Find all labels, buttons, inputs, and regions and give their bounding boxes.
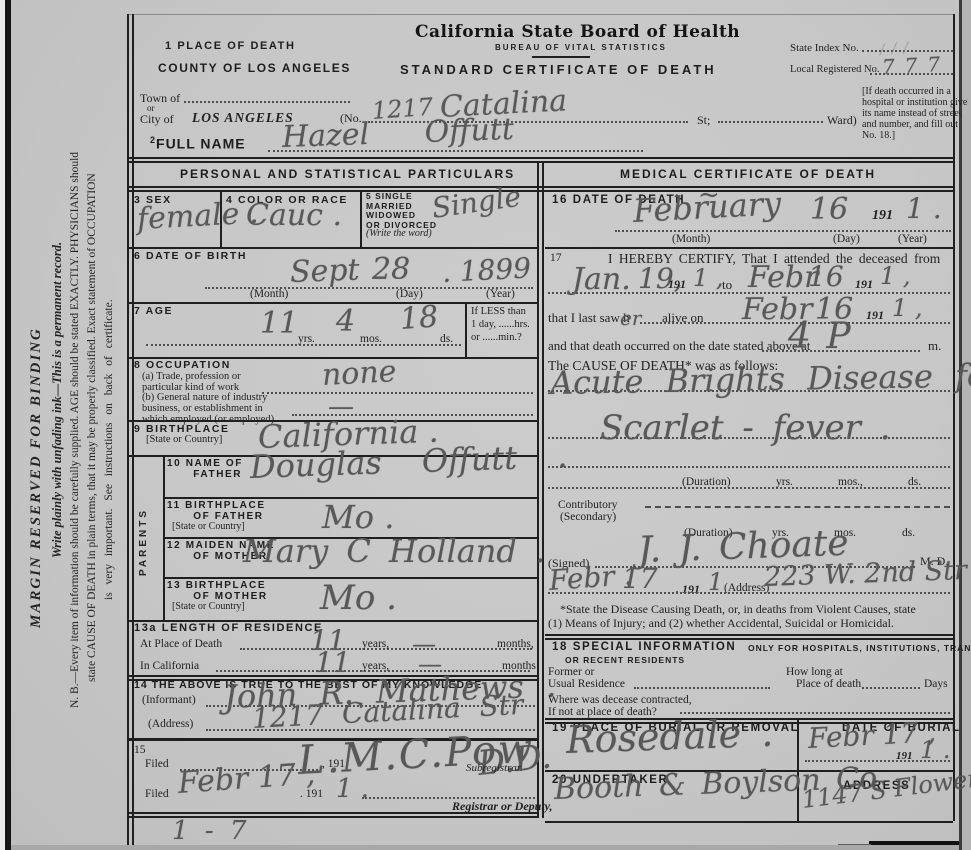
age-ds-caption: ds. xyxy=(440,333,453,345)
residence-label: 13a LENGTH OF RESIDENCE xyxy=(134,622,323,634)
last-saw-label: that I last saw h xyxy=(548,310,630,326)
bureau-label: BUREAU OF VITAL STATISTICS xyxy=(495,43,667,52)
mother-birthplace-label: 13 BIRTHPLACE OF MOTHER xyxy=(167,580,268,602)
margin-note-3: is very important. See instructions on b… xyxy=(103,105,121,795)
mother-birthplace-note: [State or Country] xyxy=(172,601,245,612)
dod-day-caption: (Day) xyxy=(833,233,860,245)
st-label: St; xyxy=(697,113,710,128)
burial-year-hw: 1 . xyxy=(920,736,951,764)
parents-label: PARENTS xyxy=(138,492,158,592)
dob-day-value: 28 xyxy=(372,252,410,287)
row-rule xyxy=(545,247,953,249)
form-top-rule xyxy=(127,14,955,15)
special-info-note-1: ONLY FOR HOSPITALS, INSTITUTIONS, TRANSI… xyxy=(748,643,971,653)
father-birthplace-value: Mo . xyxy=(322,498,394,536)
age-yrs-caption: yrs. xyxy=(298,333,315,345)
duration-ds-caption: ds. xyxy=(908,476,921,488)
age-days-value: 18 xyxy=(399,299,440,337)
hospital-note: [If death occurred in a hospital or inst… xyxy=(862,86,967,141)
dod-year-printed: 191 xyxy=(872,208,893,224)
signed-year-printed: . 191 xyxy=(676,582,700,597)
header-bottom-rule xyxy=(127,157,955,163)
dob-month-value: Sept xyxy=(289,253,360,290)
full-name-label: 2FULL NAME xyxy=(150,135,246,152)
margin-permanent-text: Write plainly with unfading ink—This is … xyxy=(50,150,70,650)
age-note: If LESS than 1 day, ......hrs. or ......… xyxy=(471,305,530,344)
death-certificate-page: MARGIN RESERVED FOR BINDING Write plainl… xyxy=(0,0,971,850)
item-15-label: 15 xyxy=(134,744,146,756)
father-name-label: 10 NAME OF FATHER xyxy=(167,458,243,480)
city-of-label: City of xyxy=(140,112,174,127)
margin-note-2: state CAUSE OF DEATH in plain terms, tha… xyxy=(86,50,104,805)
saw-year-hw: 1 , xyxy=(892,294,923,322)
sex-value: female . xyxy=(136,196,259,237)
bottom-rule xyxy=(545,821,953,823)
how-long-label: How long at xyxy=(786,666,843,678)
to-year-hw: 1 , xyxy=(880,262,911,290)
occupation-label: 8 OCCUPATION xyxy=(134,359,231,371)
age-years-value: 11 xyxy=(260,306,298,341)
m-label: m. xyxy=(928,338,941,354)
father-birthplace-label: 11 BIRTHPLACE OF FATHER xyxy=(167,500,266,522)
contributory-label: Contributory xyxy=(558,499,617,511)
ward-line xyxy=(718,121,823,123)
city-value: LOS ANGELES xyxy=(192,110,294,126)
signed-date-line xyxy=(548,592,950,594)
age-mos-caption: mos. xyxy=(360,333,382,345)
margin-binding-text: MARGIN RESERVED FOR BINDING xyxy=(28,320,52,635)
how-long-line xyxy=(862,687,920,689)
duration-2-ds-caption: ds. xyxy=(902,527,915,539)
filed-1-label: Filed xyxy=(145,758,169,770)
informant-label: (Informant) xyxy=(142,694,196,706)
cell-divider xyxy=(360,191,362,247)
filed-2-year: . 191 xyxy=(300,788,323,800)
dod-month-caption: (Month) xyxy=(672,233,710,245)
local-registered-label: Local Registered No. xyxy=(790,64,880,75)
place-of-death-duration-label: Place of death xyxy=(796,678,861,690)
full-name-text: FULL NAME xyxy=(156,136,246,152)
occupation-a-value: none xyxy=(321,354,397,393)
dob-month-caption: (Month) xyxy=(250,288,288,300)
duration-mos-caption: mos., xyxy=(838,476,863,488)
column-divider xyxy=(537,163,544,818)
from-year-hw: 1 , xyxy=(693,264,724,292)
from-year-printed: 191 xyxy=(668,277,686,292)
state-index-label: State Index No. xyxy=(790,42,859,54)
footnote-line-1: *State the Disease Causing Death, or, in… xyxy=(560,602,916,617)
father-birthplace-note: [State or Country] xyxy=(172,521,245,532)
at-place-months-caption: months, xyxy=(497,638,534,650)
time-of-death-value: 4 P xyxy=(788,316,851,357)
days-label: Days xyxy=(924,678,948,690)
local-registered-value: 777 xyxy=(881,51,950,79)
occupation-a-label: (a) Trade, profession or particular kind… xyxy=(142,371,241,393)
dob-year-caption: (Year) xyxy=(486,288,515,300)
mother-birthplace-value: Mo . xyxy=(320,578,397,618)
page-mark-value: 1 - 7 xyxy=(172,816,250,846)
place-of-death-label: 1 PLACE OF DEATH xyxy=(165,40,296,52)
former-residence-line xyxy=(634,687,770,689)
row-rule xyxy=(127,247,539,249)
margin-note-1: N. B.—Every item of information should b… xyxy=(69,40,87,820)
attended-to-day: 16 xyxy=(808,260,844,293)
scan-shadow xyxy=(11,845,959,850)
bureau-underline xyxy=(532,56,590,58)
special-info-label: 18 SPECIAL INFORMATION xyxy=(552,641,736,653)
filed-2-year-hw: 1 . xyxy=(336,774,369,804)
certificate-title: STANDARD CERTIFICATE OF DEATH xyxy=(400,62,717,77)
at-place-label: At Place of Death xyxy=(140,638,222,650)
special-info-note-2: OR RECENT RESIDENTS xyxy=(565,655,685,665)
subregistrar-label: Subregistrar. xyxy=(466,762,523,774)
to-year-printed: 191 xyxy=(855,277,873,292)
last-saw-hw: er xyxy=(620,306,641,330)
dod-year-hw: 1 . xyxy=(906,192,942,225)
ward-label: Ward) xyxy=(827,113,857,128)
filed-2-label: Filed xyxy=(145,788,169,800)
burial-year-printed: 191 xyxy=(896,750,913,762)
race-value: Cauc . xyxy=(246,198,342,233)
burial-date-value: Febr 17 , xyxy=(807,715,937,755)
at-place-years-caption: years, xyxy=(362,638,389,650)
occupation-a-line xyxy=(262,392,533,394)
row-rule xyxy=(127,302,539,304)
secondary-label: (Secondary) xyxy=(560,511,616,523)
registrar-signature-flourish: D.D. xyxy=(476,736,553,783)
cause-line-c xyxy=(548,466,950,468)
in-cal-years-caption: years, xyxy=(362,660,389,672)
age-months-value: 4 xyxy=(336,304,355,339)
duration-line xyxy=(548,487,950,489)
age-label: 7 AGE xyxy=(134,305,173,317)
dod-line xyxy=(615,230,951,232)
dob-year-value: . 1899 xyxy=(441,251,532,289)
burial-place-value: Rosedale . xyxy=(565,711,774,762)
section-rule xyxy=(545,634,953,640)
marital-note: (Write the word) xyxy=(366,228,432,239)
left-column-title: PERSONAL AND STATISTICAL PARTICULARS xyxy=(180,167,515,181)
form-left-border xyxy=(127,14,134,845)
footnote-line-2: (1) Means of Injury; and (2) whether Acc… xyxy=(548,616,894,631)
county-label: COUNTY OF LOS ANGELES xyxy=(158,61,351,75)
attended-from-month: Jan. xyxy=(572,262,631,297)
right-column-title: MEDICAL CERTIFICATE OF DEATH xyxy=(620,167,876,181)
board-of-health-title: California State Board of Health xyxy=(415,22,740,42)
dod-day-value: 16 xyxy=(810,192,848,227)
contributory-line xyxy=(645,506,950,508)
to-label: to xyxy=(722,277,732,293)
dod-year-caption: (Year) xyxy=(898,233,927,245)
in-california-label: In California xyxy=(140,660,199,672)
cause-line-2-value: Scarlet - fever . xyxy=(600,408,891,448)
dob-day-caption: (Day) xyxy=(396,288,423,300)
informant-address-label: (Address) xyxy=(148,718,193,730)
saw-year-printed: 191 xyxy=(866,308,884,323)
birthplace-note: [State or Country] xyxy=(146,434,222,445)
mother-name-value: Mary C Holland . xyxy=(243,532,545,570)
marital-label: 5 SINGLE MARRIED WIDOWED OR DIVORCED xyxy=(366,192,437,230)
cell-divider xyxy=(465,302,467,357)
duration-yrs-caption: yrs. xyxy=(776,476,793,488)
scan-edge-black xyxy=(5,0,11,850)
town-of-line xyxy=(184,101,350,103)
dob-label: 6 DATE OF BIRTH xyxy=(134,250,247,262)
item-17-label: 17 xyxy=(550,252,562,264)
former-residence-label: Former or Usual Residence xyxy=(548,666,625,690)
dod-month-value: February xyxy=(632,184,782,230)
signed-date-day: 17 xyxy=(622,562,658,595)
